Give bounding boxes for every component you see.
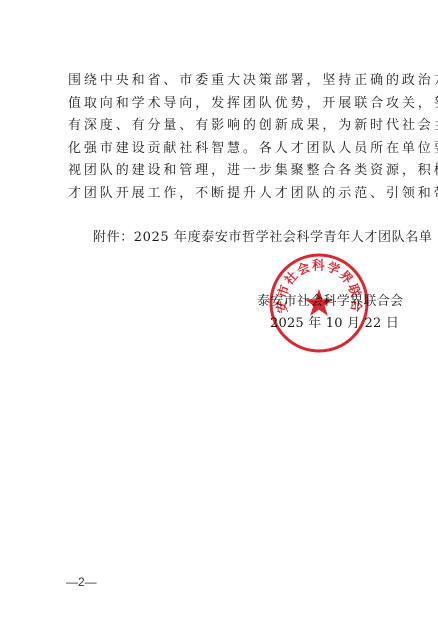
seal-icon: 泰安市社会科学界联合会 — [268, 252, 370, 354]
star-icon — [305, 289, 334, 316]
body-line-4: 化强市建设贡献社科智慧。各人才团队人员所在单位要高度重 — [68, 138, 386, 161]
page-number: —2— — [66, 575, 97, 589]
attachment-note: 附件：2025 年度泰安市哲学社会科学青年人才团队名单 — [93, 229, 432, 247]
document-page: 围绕中央和省、市委重大决策部署，坚持正确的政治方向、价 值取向和学术导向，发挥团… — [0, 0, 438, 643]
body-line-5: 视团队的建设和管理，进一步集聚整合各类资源，积极支持人 — [68, 160, 386, 183]
body-line-6: 才团队开展工作，不断提升人才团队的示范、引领和带动作用。 — [68, 183, 386, 206]
official-seal: 泰安市社会科学界联合会 — [268, 252, 370, 354]
body-line-1: 围绕中央和省、市委重大决策部署，坚持正确的政治方向、价 — [68, 70, 386, 93]
body-line-2: 值取向和学术导向，发挥团队优势，开展联合攻关，努力推出 — [68, 93, 386, 116]
body-paragraph: 围绕中央和省、市委重大决策部署，坚持正确的政治方向、价 值取向和学术导向，发挥团… — [68, 70, 388, 206]
body-line-3: 有深度、有分量、有影响的创新成果，为新时代社会主义现代 — [68, 115, 386, 138]
